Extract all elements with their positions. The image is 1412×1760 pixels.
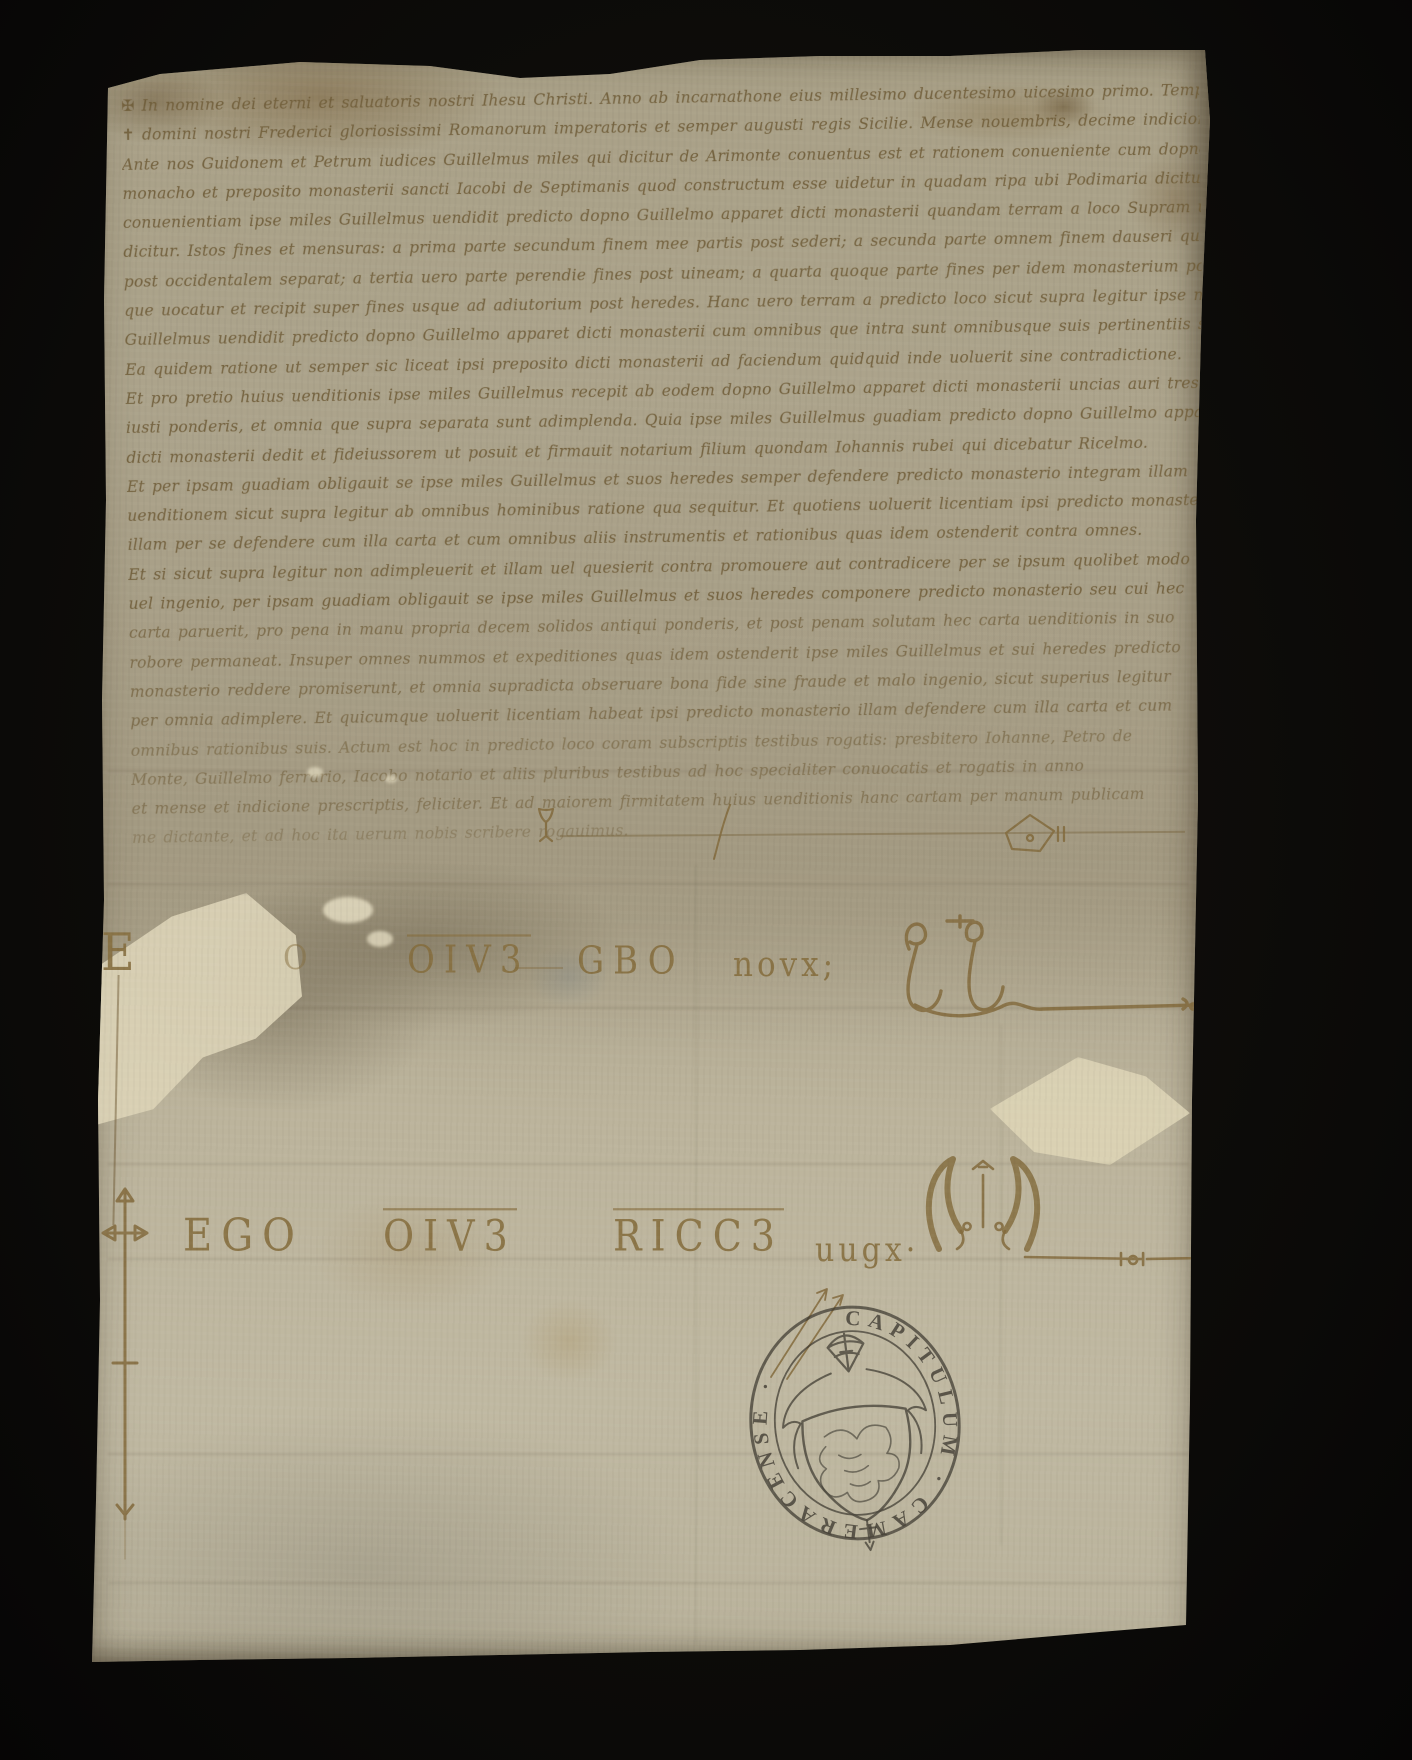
charter-body-text: ✠ In nomine dei eterni et saluatoris nos… [121,76,1210,854]
chalice-mark [533,805,573,855]
parchment-sheet: ✠ In nomine dei eterni et saluatoris nos… [85,45,1210,1665]
subscription2-token-ego: EGO [183,1210,304,1262]
subscription1-token: GBO [577,939,685,984]
subscription1-token: novх; [733,945,837,985]
slash-mark [710,803,740,863]
crease-line [108,883,1188,885]
surface-chip [367,931,393,947]
notary-monogram-UL [875,915,1205,1025]
diamond-repair-patch [990,1057,1190,1165]
surface-chip [307,767,323,777]
notary-cross [95,1175,155,1535]
subscription1-initial: E [101,922,144,982]
capitular-ink-stamp: CAPITULUM · CAMERACENSE · [725,1283,985,1563]
pentagon-knot [978,807,1068,867]
subscription1-token: OIV3 [407,934,531,982]
notary-monogram-GW [923,1153,1393,1283]
crease-line [108,1582,1188,1584]
stamp-legend: CAPITULUM · CAMERACENSE · [734,1293,976,1556]
surface-chip [323,897,373,923]
subscription2-token-note: uugх· [815,1231,919,1270]
surface-chip [385,775,397,783]
subscription1-dash [515,967,563,969]
subscription1-token: O [283,939,317,978]
crease-line [108,1453,1188,1455]
subscription2-token-name2: RICC3 [613,1208,784,1261]
subscription2-token-name1: OIV3 [383,1208,517,1261]
photo-backdrop: ✠ In nomine dei eterni et saluatoris nos… [0,0,1412,1760]
